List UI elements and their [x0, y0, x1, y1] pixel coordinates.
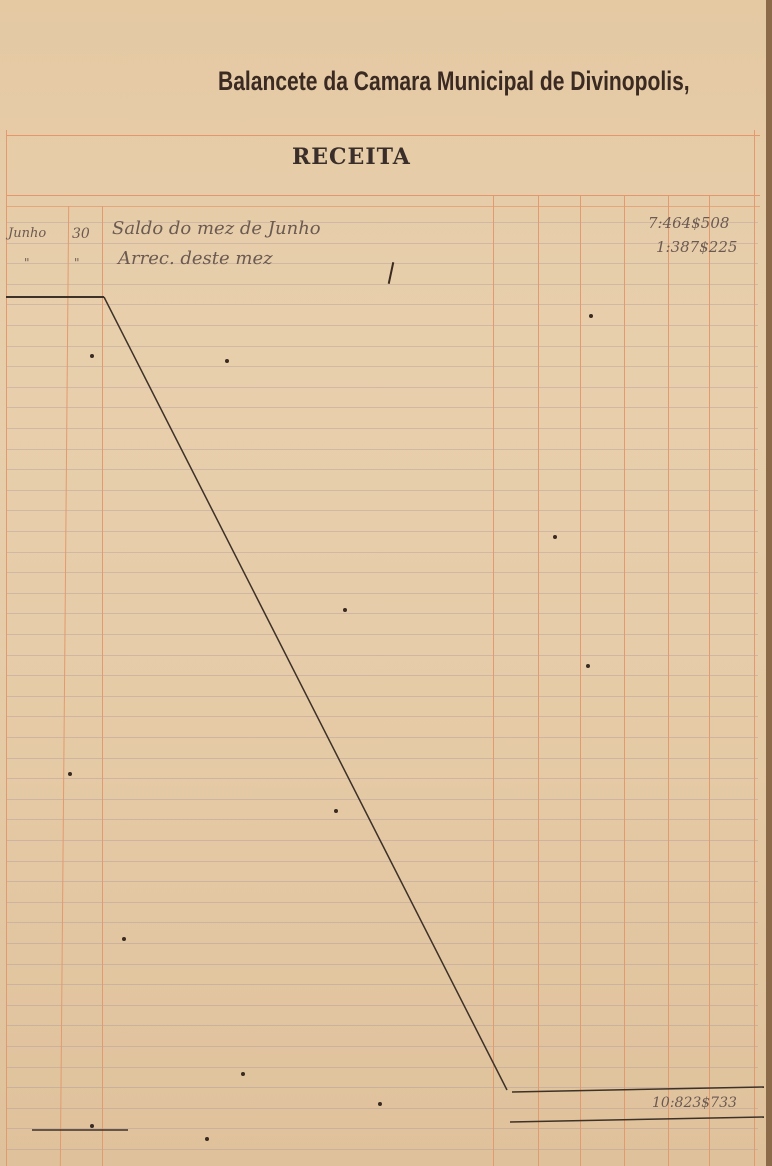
total-amount: 10:823$733 — [652, 1095, 737, 1111]
ink-speck — [225, 359, 229, 363]
ink-speck — [205, 1137, 209, 1141]
ink-speck — [589, 314, 593, 318]
ink-speck — [90, 1124, 94, 1128]
ink-speck — [343, 608, 347, 612]
ink-speck — [68, 772, 72, 776]
ink-speck — [586, 664, 590, 668]
ink-speck — [241, 1072, 245, 1076]
book-spine — [766, 0, 772, 1166]
ink-speck — [378, 1102, 382, 1106]
ink-speck — [90, 354, 94, 358]
ink-speck — [122, 937, 126, 941]
ink-speck — [553, 535, 557, 539]
ink-speck — [334, 809, 338, 813]
cancel-diagonal — [0, 0, 772, 1166]
ledger-page: Balancete da Camara Municipal de Divinop… — [0, 0, 768, 1166]
